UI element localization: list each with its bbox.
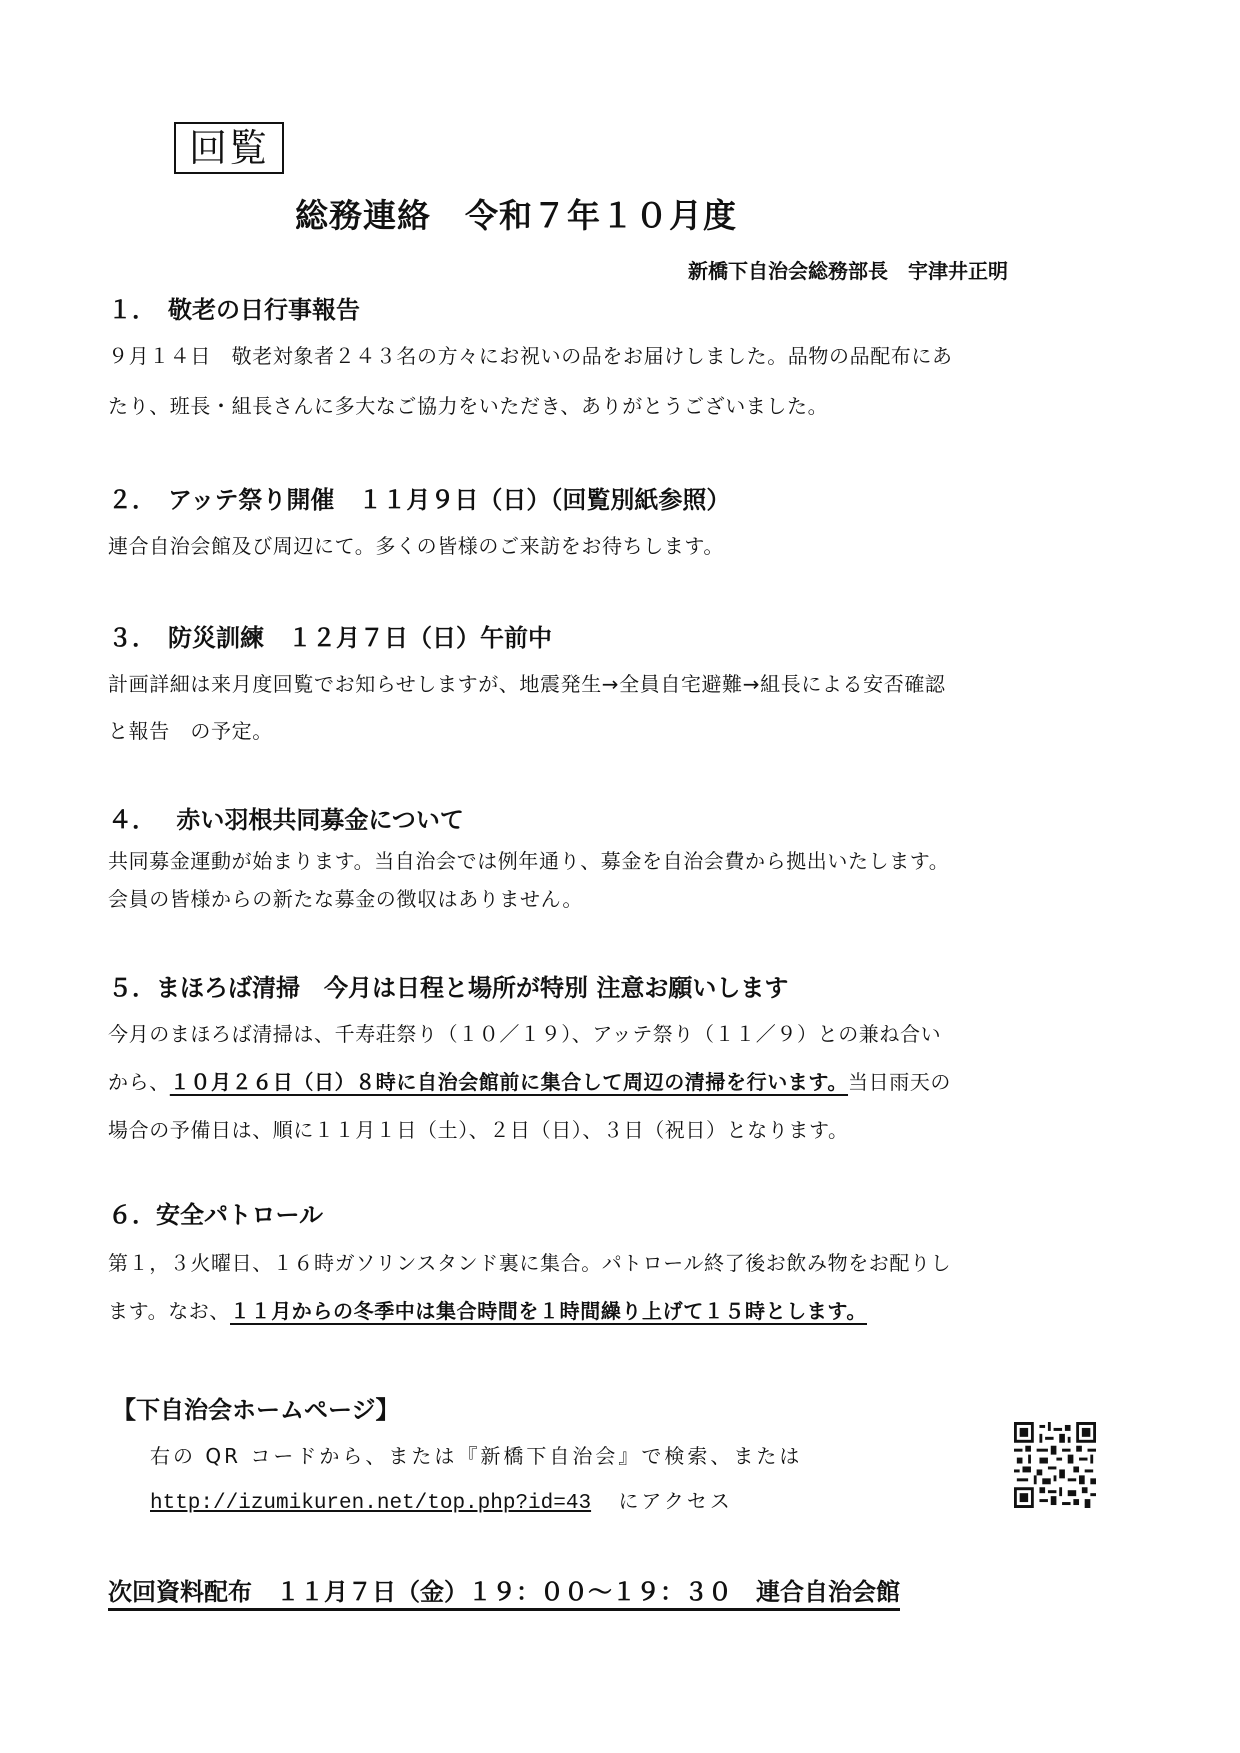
section-5-emphasis: １０月２６日（日）８時に自治会館前に集合して周辺の清掃を行います。 <box>170 1070 848 1094</box>
section-5-line-3: 場合の予備日は、順に１１月１日（土）、２日（日）、３日（祝日）となります。 <box>108 1114 849 1143</box>
homepage-url-link[interactable]: http://izumikuren.net/top.php?id=43 <box>150 1492 591 1515</box>
section-4-line-2: 会員の皆様からの新たな募金の徴収はありません。 <box>108 883 583 912</box>
homepage-access-text: にアクセス <box>618 1489 732 1513</box>
section-5-heading: ５．まほろば清掃 今月は日程と場所が特別 注意お願いします <box>108 968 788 1003</box>
section-6-line-2-prefix: ます。なお、 <box>108 1299 230 1323</box>
section-5-line-1: 今月のまほろば清掃は、千寿荘祭り（１０／１９）、アッテ祭り（１１／９）との兼ね合… <box>108 1018 941 1047</box>
next-distribution-notice: 次回資料配布 １１月７日（金）１９：００～１９：３０ 連合自治会館 <box>108 1572 900 1607</box>
section-3-line-1: 計画詳細は来月度回覧でお知らせしますが、地震発生→全員自宅避難→組長による安否確… <box>108 668 946 697</box>
section-5-line-2: から、１０月２６日（日）８時に自治会館前に集合して周辺の清掃を行います。当日雨天… <box>108 1066 951 1095</box>
section-4-heading: ４． 赤い羽根共同募金について <box>108 800 464 835</box>
homepage-line-1: 右の QR コードから、または『新橋下自治会』で検索、または <box>150 1440 802 1469</box>
section-5-line-2-prefix: から、 <box>108 1070 170 1094</box>
section-1-heading: １． 敬老の日行事報告 <box>108 290 360 325</box>
homepage-heading: 【下自治会ホームページ】 <box>112 1390 400 1425</box>
section-3-heading: ３． 防災訓練 １２月７日（日）午前中 <box>108 618 552 653</box>
qr-code-icon <box>1014 1422 1096 1508</box>
homepage-line-2: http://izumikuren.net/top.php?id=43 にアクセ… <box>150 1485 733 1515</box>
section-1-line-2: たり、班長・組長さんに多大なご協力をいただき、ありがとうございました。 <box>108 390 828 419</box>
document-title: 総務連絡 令和７年１０月度 <box>295 190 737 237</box>
section-6-line-2: ます。なお、１１月からの冬季中は集合時間を１時間繰り上げて１５時とします。 <box>108 1295 867 1324</box>
section-6-line-1: 第１，３火曜日、１６時ガソリンスタンド裏に集合。パトロール終了後お飲み物をお配り… <box>108 1247 951 1276</box>
section-4-line-1: 共同募金運動が始まります。当自治会では例年通り、募金を自治会費から拠出いたします… <box>108 845 949 874</box>
section-6-emphasis: １１月からの冬季中は集合時間を１時間繰り上げて１５時とします。 <box>230 1299 867 1323</box>
section-2-line-1: 連合自治会館及び周辺にて。多くの皆様のご来訪をお待ちします。 <box>108 530 724 559</box>
circulation-stamp: 回覧 <box>174 122 284 174</box>
section-1-line-1: ９月１４日 敬老対象者２４３名の方々にお祝いの品をお届けしました。品物の品配布に… <box>108 340 953 369</box>
section-2-heading: ２． アッテ祭り開催 １１月９日（日）（回覧別紙参照） <box>108 480 730 515</box>
section-3-line-2: と報告 の予定。 <box>108 715 273 744</box>
section-6-heading: ６．安全パトロール <box>108 1195 323 1230</box>
document-author: 新橋下自治会総務部長 宇津井正明 <box>688 255 1008 284</box>
section-5-line-2-suffix: 当日雨天の <box>848 1070 951 1094</box>
